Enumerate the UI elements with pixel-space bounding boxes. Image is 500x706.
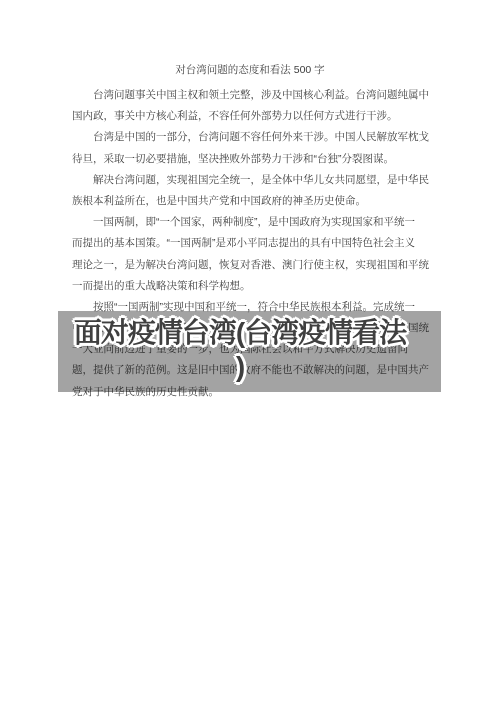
body-line: 一而提出的重大战略决策和科学构想。 (72, 276, 432, 297)
overlay-title: 面对疫情台湾(台湾疫情看法 ) (46, 316, 434, 384)
body-line: 解决台湾问题，实现祖国完全统一，是全体中华儿女共同愿望，是中华民 (72, 170, 432, 191)
document-page: 对台湾问题的态度和看法 500 字 台湾问题事关中国主权和领土完整，涉及中国核心… (0, 0, 500, 706)
body-line: 一国两制，即“一个国家，两种制度”，是中国政府为实现国家和平统一 (72, 212, 432, 233)
body-line: 台湾问题事关中国主权和领土完整，涉及中国核心利益。台湾问题纯属中 (72, 85, 432, 106)
overlay-title-line2: ) (46, 350, 434, 384)
overlay-title-line1: 面对疫情台湾(台湾疫情看法 (46, 316, 434, 350)
article-title: 对台湾问题的态度和看法 500 字 (72, 62, 428, 77)
body-line: 台湾是中国的一部分，台湾问题不容任何外来干涉。中国人民解放军枕戈 (72, 127, 432, 148)
body-line: 族根本利益所在，也是中国共产党和中国政府的神圣历史使命。 (72, 191, 432, 212)
body-line: 而提出的基本国策。“一国两制”是邓小平同志提出的具有中国特色社会主义 (72, 233, 432, 254)
body-line: 理论之一，是为解决台湾问题，恢复对香港、澳门行使主权，实现祖国和平统 (72, 255, 432, 276)
body-line: 待旦，采取一切必要措施，坚决挫败外部势力干涉和“台独”分裂图谋。 (72, 149, 432, 170)
body-line: 国内政，事关中方核心利益，不容任何外部势力以任何方式进行干涉。 (72, 106, 432, 127)
